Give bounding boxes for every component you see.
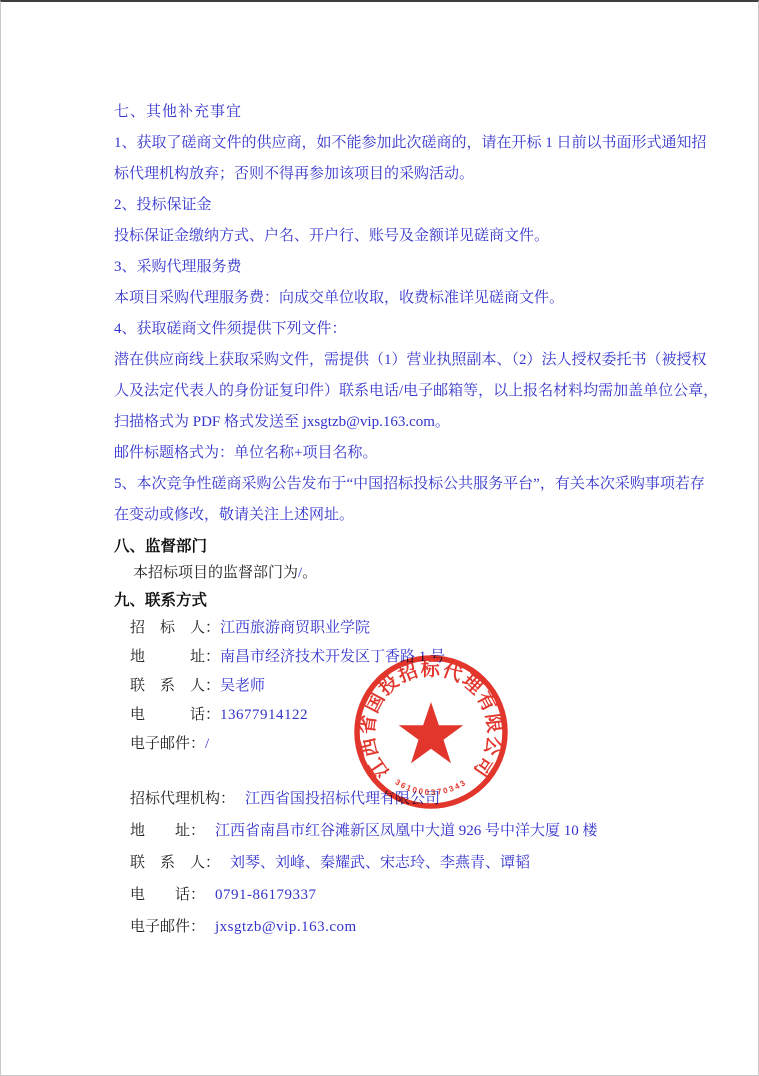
paragraph-line: 潜在供应商线上获取采购文件，需提供（1）营业执照副本、（2）法人授权委托书（被授… (114, 345, 698, 376)
contact-row: 电 话：13677914122 (130, 701, 698, 730)
paragraph-line: 4、获取磋商文件须提供下列文件： (114, 314, 698, 345)
contact-label: 地 址： (130, 823, 205, 839)
contact-row: 地 址：南昌市经济技术开发区丁香路 1 号 (130, 643, 698, 672)
section9-heading: 九、联系方式 (114, 587, 698, 614)
contact-label: 联 系 人： (130, 855, 220, 871)
contact-row: 电子邮件：/ (130, 730, 698, 759)
section8-heading: 八、监督部门 (114, 533, 698, 560)
contact-label: 电 话： (130, 707, 220, 723)
contact-label: 联 系 人： (130, 678, 220, 694)
contact-label: 招标代理机构： (130, 791, 235, 807)
supervision-text: 本招标项目的监督部门为 (133, 565, 298, 581)
contact-label: 招 标 人： (130, 620, 220, 636)
paragraph-line: 3、采购代理服务费 (114, 252, 698, 283)
contact-label: 电子邮件： (130, 919, 205, 935)
tenderer-name: 江西旅游商贸职业学院 (220, 620, 370, 636)
agency-address: 江西省南昌市红谷滩新区凤凰中大道 926 号中洋大厦 10 楼 (205, 823, 598, 839)
paragraph-line: 本项目采购代理服务费：向成交单位收取，收费标准详见磋商文件。 (114, 283, 698, 314)
tenderer-contact-person: 吴老师 (220, 678, 265, 694)
contact-label: 电子邮件： (130, 736, 205, 752)
agency-email: jxsgtzb@vip.163.com (205, 919, 357, 935)
contact-row: 联 系 人：吴老师 (130, 672, 698, 701)
paragraph-line: 1、获取了磋商文件的供应商，如不能参加此次磋商的，请在开标 1 日前以书面形式通… (114, 128, 698, 159)
contact-label: 电 话： (130, 887, 205, 903)
paragraph-line: 标代理机构放弃；否则不得再参加该项目的采购活动。 (114, 159, 698, 190)
tenderer-address: 南昌市经济技术开发区丁香路 1 号 (220, 649, 445, 665)
contact-row: 电子邮件：jxsgtzb@vip.163.com (130, 911, 698, 943)
document-page: 七、其他补充事宜 1、获取了磋商文件的供应商，如不能参加此次磋商的，请在开标 1… (0, 0, 759, 1076)
paragraph-line: 扫描格式为 PDF 格式发送至 jxsgtzb@vip.163.com。 (114, 407, 698, 438)
paragraph-line: 5、本次竞争性磋商采购公告发布于“中国招标投标公共服务平台”，有关本次采购事项若… (114, 469, 698, 500)
paragraph-line: 在变动或修改，敬请关注上述网址。 (114, 500, 698, 531)
tenderer-contact-block: 招 标 人：江西旅游商贸职业学院 地 址：南昌市经济技术开发区丁香路 1 号 联… (130, 614, 698, 759)
agency-contact-persons: 刘琴、刘峰、秦耀武、宋志玲、李燕青、谭韬 (220, 855, 530, 871)
agency-name: 江西省国投招标代理有限公司 (235, 791, 440, 807)
paragraph-line: 邮件标题格式为：单位名称+项目名称。 (114, 438, 698, 469)
paragraph-line: 投标保证金缴纳方式、户名、开户行、账号及金额详见磋商文件。 (114, 221, 698, 252)
agency-phone: 0791-86179337 (205, 887, 317, 903)
agency-contact-block: 招标代理机构：江西省国投招标代理有限公司 地 址：江西省南昌市红谷滩新区凤凰中大… (130, 783, 698, 943)
document-body: 七、其他补充事宜 1、获取了磋商文件的供应商，如不能参加此次磋商的，请在开标 1… (1, 2, 758, 943)
paragraph-line: 人及法定代表人的身份证复印件）联系电话/电子邮箱等，以上报名材料均需加盖单位公章… (114, 376, 698, 407)
contact-row: 招 标 人：江西旅游商贸职业学院 (130, 614, 698, 643)
section7-heading: 七、其他补充事宜 (114, 97, 698, 128)
section8-body: 本招标项目的监督部门为/。 (114, 560, 698, 587)
contact-row: 电 话：0791-86179337 (130, 879, 698, 911)
paragraph-line: 2、投标保证金 (114, 190, 698, 221)
supervision-period: 。 (302, 565, 317, 581)
contact-row: 地 址：江西省南昌市红谷滩新区凤凰中大道 926 号中洋大厦 10 楼 (130, 815, 698, 847)
tenderer-phone: 13677914122 (220, 707, 308, 723)
contact-row: 招标代理机构：江西省国投招标代理有限公司 (130, 783, 698, 815)
contact-label: 地 址： (130, 649, 220, 665)
tenderer-email: / (205, 736, 209, 752)
contact-row: 联 系 人：刘琴、刘峰、秦耀武、宋志玲、李燕青、谭韬 (130, 847, 698, 879)
